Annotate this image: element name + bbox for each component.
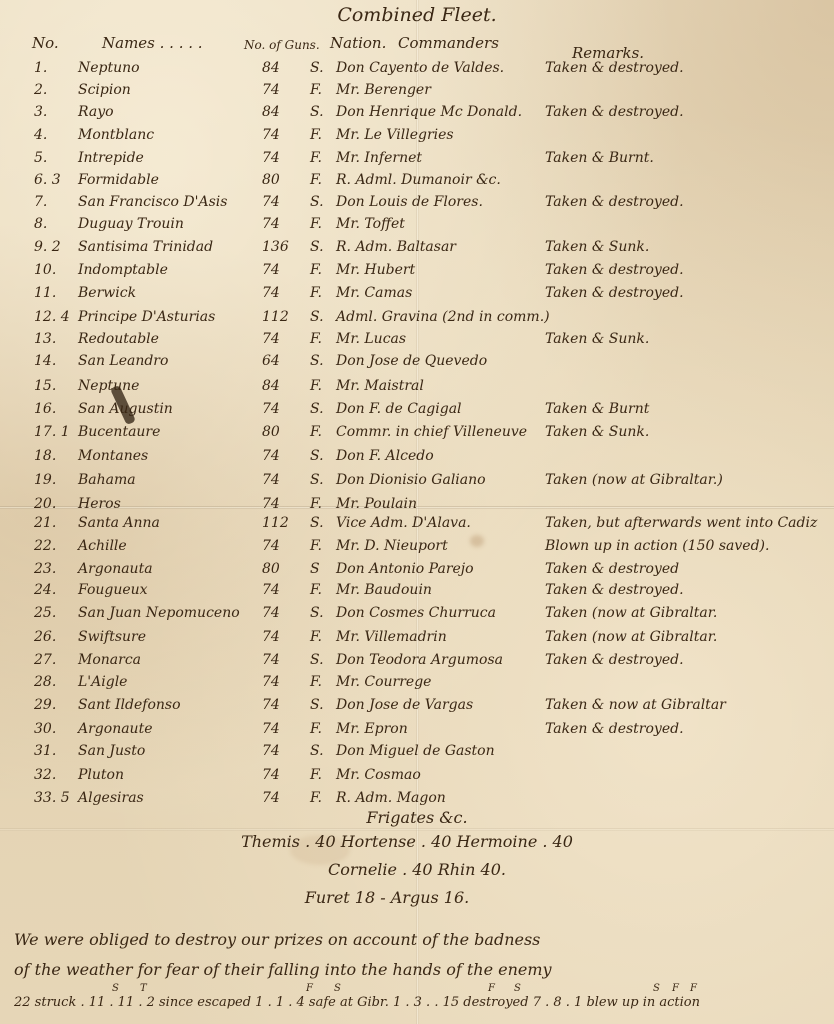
- ship-number: 28.: [34, 674, 56, 690]
- ship-remarks: Taken & Burnt.: [545, 150, 654, 166]
- tally-sup: F: [488, 983, 495, 994]
- ship-remarks: Taken & Sunk.: [545, 331, 649, 347]
- ship-nation: S.: [310, 194, 324, 210]
- ship-name: Santa Anna: [78, 515, 160, 531]
- tally-sup: S: [112, 983, 119, 994]
- ship-row: 4.Montblanc74F.Mr. Le Villegries: [0, 127, 834, 151]
- ship-commander: Mr. Camas: [336, 285, 412, 301]
- ship-row: 30.Argonaute74F.Mr. EpronTaken & destroy…: [0, 721, 834, 745]
- ship-number: 25.: [34, 605, 56, 621]
- ship-row: 17. 1Bucentaure80F.Commr. in chief Ville…: [0, 424, 834, 448]
- ship-nation: F.: [310, 378, 322, 394]
- ship-nation: F.: [310, 538, 322, 554]
- ship-nation: F.: [310, 767, 322, 783]
- tally-sup: S: [514, 983, 521, 994]
- ship-nation: F.: [310, 216, 322, 232]
- ship-commander: R. Adm. Magon: [336, 790, 446, 806]
- ship-name: Berwick: [78, 285, 136, 301]
- ship-remarks: Taken & destroyed: [545, 561, 679, 577]
- ship-remarks: Taken & destroyed.: [545, 104, 684, 120]
- ship-guns: 74: [262, 150, 280, 166]
- ship-row: 11.Berwick74F.Mr. CamasTaken & destroyed…: [0, 285, 834, 309]
- ship-commander: Don Louis de Flores.: [336, 194, 483, 210]
- ship-name: Fougueux: [78, 582, 148, 598]
- ship-row: 13.Redoutable74F.Mr. LucasTaken & Sunk.: [0, 331, 834, 355]
- ship-name: Argonaute: [78, 721, 152, 737]
- ship-name: Redoutable: [78, 331, 159, 347]
- ship-number: 20.: [34, 496, 56, 512]
- ship-name: Argonauta: [78, 561, 153, 577]
- ship-number: 8.: [34, 216, 47, 232]
- ship-commander: Mr. Baudouin: [336, 582, 432, 598]
- ship-guns: 84: [262, 104, 280, 120]
- ship-number: 29.: [34, 697, 56, 713]
- tally-line: 22 struck . 11 . 11 . 2 since escaped 1 …: [14, 995, 700, 1010]
- ship-nation: S.: [310, 605, 324, 621]
- note-line-2: of the weather for fear of their falling…: [14, 960, 552, 979]
- ship-number: 21.: [34, 515, 56, 531]
- ship-number: 10.: [34, 262, 56, 278]
- ship-row: 12. 4Principe D'Asturias112S.Adml. Gravi…: [0, 309, 834, 333]
- ship-nation: F.: [310, 262, 322, 278]
- tally-sup: T: [140, 983, 147, 994]
- ship-nation: F.: [310, 496, 322, 512]
- ship-commander: Mr. Epron: [336, 721, 408, 737]
- ship-name: Pluton: [78, 767, 124, 783]
- ship-number: 9. 2: [34, 239, 61, 255]
- ship-number: 18.: [34, 448, 56, 464]
- ship-number: 22.: [34, 538, 56, 554]
- tally-sup: F: [690, 983, 697, 994]
- ship-nation: S.: [310, 652, 324, 668]
- ship-remarks: Taken & Sunk.: [545, 424, 649, 440]
- ship-guns: 74: [262, 629, 280, 645]
- ship-remarks: Taken & Sunk.: [545, 239, 649, 255]
- ship-guns: 80: [262, 424, 280, 440]
- ship-commander: Don Henrique Mc Donald.: [336, 104, 522, 120]
- ship-name: Intrepide: [78, 150, 144, 166]
- ship-guns: 74: [262, 767, 280, 783]
- ship-name: Principe D'Asturias: [78, 309, 215, 325]
- ship-name: Montanes: [78, 448, 148, 464]
- ship-row: 25.San Juan Nepomuceno74S.Don Cosmes Chu…: [0, 605, 834, 629]
- ship-guns: 84: [262, 378, 280, 394]
- ship-remarks: Taken & destroyed.: [545, 60, 684, 76]
- ship-number: 17. 1: [34, 424, 70, 440]
- ship-commander: Mr. Toffet: [336, 216, 405, 232]
- ship-name: Rayo: [78, 104, 114, 120]
- header-no: No.: [32, 34, 59, 52]
- ship-nation: S.: [310, 472, 324, 488]
- ship-guns: 112: [262, 515, 289, 531]
- ship-number: 32.: [34, 767, 56, 783]
- ship-name: San Augustin: [78, 401, 173, 417]
- ship-guns: 74: [262, 448, 280, 464]
- ship-name: San Juan Nepomuceno: [78, 605, 240, 621]
- ship-guns: 136: [262, 239, 289, 255]
- ship-nation: F.: [310, 172, 322, 188]
- ship-commander: Vice Adm. D'Alava.: [336, 515, 471, 531]
- ship-name: Formidable: [78, 172, 159, 188]
- ship-number: 24.: [34, 582, 56, 598]
- ship-row: 32.Pluton74F.Mr. Cosmao: [0, 767, 834, 791]
- ship-guns: 74: [262, 652, 280, 668]
- ship-row: 15.Neptune84F.Mr. Maistral: [0, 378, 834, 402]
- ship-name: Duguay Trouin: [78, 216, 184, 232]
- ship-commander: Mr. Le Villegries: [336, 127, 454, 143]
- ship-number: 19.: [34, 472, 56, 488]
- ship-guns: 64: [262, 353, 280, 369]
- ship-nation: F.: [310, 127, 322, 143]
- ship-commander: Mr. Maistral: [336, 378, 424, 394]
- ship-nation: F.: [310, 150, 322, 166]
- ship-guns: 80: [262, 561, 280, 577]
- ship-name: Neptune: [78, 378, 139, 394]
- ship-number: 2.: [34, 82, 47, 98]
- ship-commander: Adml. Gravina (2nd in comm.): [336, 309, 550, 325]
- ship-nation: F.: [310, 424, 322, 440]
- note-line-1: We were obliged to destroy our prizes on…: [14, 930, 540, 949]
- ship-number: 26.: [34, 629, 56, 645]
- ship-name: Algesiras: [78, 790, 144, 806]
- ship-nation: S.: [310, 448, 324, 464]
- frigates-line-1: Themis . 40 Hortense . 40 Hermoine . 40: [0, 832, 824, 851]
- ship-guns: 74: [262, 331, 280, 347]
- ship-commander: Mr. Hubert: [336, 262, 415, 278]
- ship-row: 21.Santa Anna112S.Vice Adm. D'Alava.Take…: [0, 515, 834, 539]
- ship-row: 7.San Francisco D'Asis74S.Don Louis de F…: [0, 194, 834, 218]
- ship-name: Neptuno: [78, 60, 140, 76]
- ship-number: 1.: [34, 60, 47, 76]
- horizontal-fold-crease-lower: [0, 828, 834, 831]
- ship-remarks: Taken & now at Gibraltar: [545, 697, 726, 713]
- ship-number: 6. 3: [34, 172, 61, 188]
- ship-nation: F.: [310, 582, 322, 598]
- ship-number: 12. 4: [34, 309, 70, 325]
- ship-remarks: Taken & Burnt: [545, 401, 649, 417]
- ship-guns: 74: [262, 496, 280, 512]
- ship-guns: 74: [262, 674, 280, 690]
- ship-remarks: Taken & destroyed.: [545, 582, 684, 598]
- ship-guns: 74: [262, 538, 280, 554]
- ship-guns: 74: [262, 472, 280, 488]
- frigates-line-3: Furet 18 - Argus 16.: [0, 888, 804, 907]
- ship-row: 6. 3Formidable80F.R. Adml. Dumanoir &c.: [0, 172, 834, 196]
- ship-nation: S.: [310, 353, 324, 369]
- ship-nation: S.: [310, 60, 324, 76]
- ship-commander: R. Adm. Baltasar: [336, 239, 456, 255]
- ship-nation: S.: [310, 239, 324, 255]
- ship-nation: F.: [310, 790, 322, 806]
- ship-row: 28.L'Aigle74F.Mr. Courrege: [0, 674, 834, 698]
- ship-nation: S.: [310, 309, 324, 325]
- ship-guns: 74: [262, 743, 280, 759]
- ship-row: 5.Intrepide74F.Mr. InfernetTaken & Burnt…: [0, 150, 834, 174]
- ship-row: 19.Bahama74S.Don Dionisio GalianoTaken (…: [0, 472, 834, 496]
- ship-remarks: Taken & destroyed.: [545, 194, 684, 210]
- ship-number: 13.: [34, 331, 56, 347]
- ship-name: Monarca: [78, 652, 141, 668]
- ship-remarks: Taken & destroyed.: [545, 262, 684, 278]
- ship-guns: 74: [262, 401, 280, 417]
- ship-nation: F.: [310, 285, 322, 301]
- ship-guns: 74: [262, 127, 280, 143]
- ship-row: 24.Fougueux74F.Mr. BaudouinTaken & destr…: [0, 582, 834, 606]
- ship-nation: F.: [310, 82, 322, 98]
- ship-remarks: Taken & destroyed.: [545, 285, 684, 301]
- ship-name: Scipion: [78, 82, 131, 98]
- ship-commander: Mr. Infernet: [336, 150, 422, 166]
- ship-guns: 74: [262, 697, 280, 713]
- ship-number: 5.: [34, 150, 47, 166]
- ship-name: L'Aigle: [78, 674, 127, 690]
- ship-nation: S.: [310, 515, 324, 531]
- ship-row: 26.Swiftsure74F.Mr. VillemadrinTaken (no…: [0, 629, 834, 653]
- ship-name: Sant Ildefonso: [78, 697, 181, 713]
- ship-nation: F.: [310, 721, 322, 737]
- ship-name: Swiftsure: [78, 629, 146, 645]
- ship-commander: Don Jose de Quevedo: [336, 353, 487, 369]
- ship-row: 2.Scipion74F.Mr. Berenger: [0, 82, 834, 106]
- ship-commander: Mr. Lucas: [336, 331, 406, 347]
- ship-nation: F.: [310, 331, 322, 347]
- ship-number: 31.: [34, 743, 56, 759]
- ship-number: 11.: [34, 285, 56, 301]
- ship-row: 16.San Augustin74S.Don F. de CagigalTake…: [0, 401, 834, 425]
- ship-commander: Don Jose de Vargas: [336, 697, 473, 713]
- ship-remarks: Taken (now at Gibraltar.: [545, 605, 717, 621]
- ship-commander: Don Teodora Argumosa: [336, 652, 503, 668]
- ship-guns: 80: [262, 172, 280, 188]
- ship-name: Santisima Trinidad: [78, 239, 213, 255]
- ship-remarks: Taken (now at Gibraltar.): [545, 472, 723, 488]
- ship-nation: F.: [310, 674, 322, 690]
- ship-commander: Mr. Villemadrin: [336, 629, 447, 645]
- ship-number: 7.: [34, 194, 47, 210]
- ship-guns: 74: [262, 216, 280, 232]
- ship-name: Bucentaure: [78, 424, 160, 440]
- ship-number: 3.: [34, 104, 47, 120]
- ship-number: 30.: [34, 721, 56, 737]
- ship-guns: 74: [262, 721, 280, 737]
- ship-number: 33. 5: [34, 790, 70, 806]
- ship-number: 23.: [34, 561, 56, 577]
- frigates-heading: Frigates &c.: [0, 808, 834, 827]
- ship-commander: Mr. Cosmao: [336, 767, 421, 783]
- ship-commander: Don F. Alcedo: [336, 448, 434, 464]
- tally-sup: S: [334, 983, 341, 994]
- header-nation: Nation.: [330, 34, 386, 52]
- tally-sup: S: [653, 983, 660, 994]
- ship-name: Bahama: [78, 472, 136, 488]
- ship-guns: 74: [262, 194, 280, 210]
- ship-remarks: Taken (now at Gibraltar.: [545, 629, 717, 645]
- ship-name: Indomptable: [78, 262, 168, 278]
- ship-commander: Don Cayento de Valdes.: [336, 60, 504, 76]
- ship-remarks: Taken & destroyed.: [545, 721, 684, 737]
- ship-commander: R. Adml. Dumanoir &c.: [336, 172, 501, 188]
- header-names: Names . . . . .: [102, 34, 203, 52]
- ship-name: San Francisco D'Asis: [78, 194, 227, 210]
- ship-commander: Don Miguel de Gaston: [336, 743, 495, 759]
- ship-remarks: Blown up in action (150 saved).: [545, 538, 769, 554]
- ship-name: San Justo: [78, 743, 145, 759]
- ship-commander: Mr. Poulain: [336, 496, 417, 512]
- ship-number: 15.: [34, 378, 56, 394]
- ship-nation: S.: [310, 401, 324, 417]
- ship-name: San Leandro: [78, 353, 168, 369]
- ship-commander: Don F. de Cagigal: [336, 401, 462, 417]
- ship-name: Heros: [78, 496, 121, 512]
- ship-guns: 74: [262, 790, 280, 806]
- ship-guns: 74: [262, 285, 280, 301]
- ship-row: 22.Achille74F.Mr. D. NieuportBlown up in…: [0, 538, 834, 562]
- tally-sup: F: [306, 983, 313, 994]
- ship-commander: Mr. D. Nieuport: [336, 538, 448, 554]
- ship-number: 27.: [34, 652, 56, 668]
- ship-commander: Don Dionisio Galiano: [336, 472, 486, 488]
- ship-row: 14.San Leandro64S.Don Jose de Quevedo: [0, 353, 834, 377]
- header-guns: No. of Guns.: [244, 38, 320, 52]
- ship-commander: Don Antonio Parejo: [336, 561, 474, 577]
- ship-guns: 74: [262, 582, 280, 598]
- ship-row: 18.Montanes74S.Don F. Alcedo: [0, 448, 834, 472]
- ship-name: Montblanc: [78, 127, 154, 143]
- ship-name: Achille: [78, 538, 127, 554]
- ship-row: 27.Monarca74S.Don Teodora ArgumosaTaken …: [0, 652, 834, 676]
- ship-number: 16.: [34, 401, 56, 417]
- ship-remarks: Taken & destroyed.: [545, 652, 684, 668]
- ship-number: 14.: [34, 353, 56, 369]
- ship-guns: 84: [262, 60, 280, 76]
- ship-guns: 74: [262, 262, 280, 278]
- ship-number: 4.: [34, 127, 47, 143]
- ship-remarks: Taken, but afterwards went into Cadiz: [545, 515, 817, 531]
- header-commanders: Commanders: [398, 34, 499, 52]
- ship-commander: Mr. Courrege: [336, 674, 431, 690]
- document-title: Combined Fleet.: [0, 4, 834, 26]
- frigates-line-2: Cornelie . 40 Rhin 40.: [0, 860, 834, 879]
- ship-row: 31.San Justo74S.Don Miguel de Gaston: [0, 743, 834, 767]
- ship-row: 3.Rayo84S.Don Henrique Mc Donald.Taken &…: [0, 104, 834, 128]
- ship-commander: Don Cosmes Churruca: [336, 605, 496, 621]
- ship-row: 8.Duguay Trouin74F.Mr. Toffet: [0, 216, 834, 240]
- ship-row: 9. 2Santisima Trinidad136S.R. Adm. Balta…: [0, 239, 834, 263]
- tally-sup: F: [672, 983, 679, 994]
- ship-row: 29.Sant Ildefonso74S.Don Jose de VargasT…: [0, 697, 834, 721]
- ship-nation: S: [310, 561, 320, 577]
- ship-nation: S.: [310, 743, 324, 759]
- ship-row: 10.Indomptable74F.Mr. HubertTaken & dest…: [0, 262, 834, 286]
- ship-nation: S.: [310, 104, 324, 120]
- ship-nation: F.: [310, 629, 322, 645]
- ship-commander: Mr. Berenger: [336, 82, 431, 98]
- ship-commander: Commr. in chief Villeneuve: [336, 424, 527, 440]
- ship-guns: 112: [262, 309, 289, 325]
- ship-nation: S.: [310, 697, 324, 713]
- ship-row: 1.Neptuno84S.Don Cayento de Valdes.Taken…: [0, 60, 834, 84]
- ship-guns: 74: [262, 605, 280, 621]
- ship-guns: 74: [262, 82, 280, 98]
